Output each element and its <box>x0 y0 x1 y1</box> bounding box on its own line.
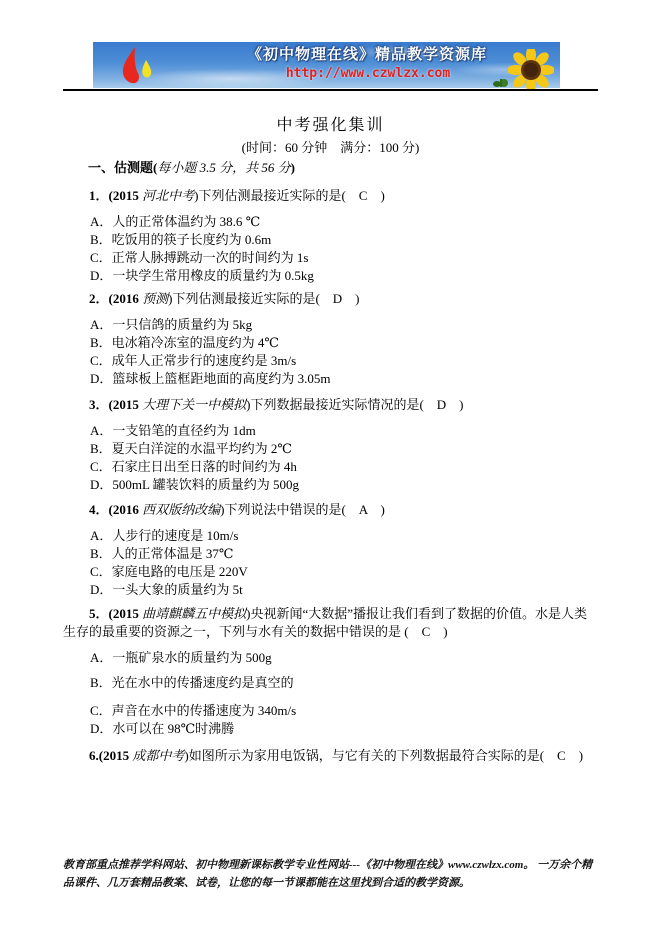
option-c: C．石家庄日出至日落的时间约为 4h <box>90 458 598 476</box>
question-number: 3． <box>89 397 109 412</box>
question-text: )如图所示为家用电饭锅，与它有关的下列数据最符合实际的是( C ) <box>184 748 583 763</box>
option-d: D．一块学生常用橡皮的质量约为 0.5kg <box>90 267 598 285</box>
document-content: 中考强化集训 (时间：60 分钟 满分：100 分) 一、估测题(每小题 3.5… <box>63 91 598 765</box>
question-source: 成都中考 <box>132 748 184 763</box>
question-stem-line: 1．(2015 河北中考)下列估测最接近实际的是( C ) <box>63 187 598 205</box>
question-source: 河北中考 <box>142 188 194 203</box>
option-b: B．光在水中的传播速度约是真空的 <box>90 674 598 692</box>
exam-time-score-info: (时间：60 分钟 满分：100 分) <box>63 139 598 157</box>
question-text: )下列说法中错误的是( A ) <box>220 502 385 517</box>
option-c: C．成年人正常步行的速度约是 3m/s <box>90 352 598 370</box>
option-a: A．一瓶矿泉水的质量约为 500g <box>90 649 598 667</box>
question-4: 4．(2016 西双版纳改编)下列说法中错误的是( A ) A．人步行的速度是 … <box>63 501 598 599</box>
option-c: C．家庭电路的电压是 220V <box>90 563 598 581</box>
question-source: 西双版纳改编 <box>142 502 220 517</box>
option-a: A．人步行的速度是 10m/s <box>90 527 598 545</box>
option-b: B．电冰箱冷冻室的温度约为 4℃ <box>90 334 598 352</box>
option-a: A．人的正常体温约为 38.6 ℃ <box>90 213 598 231</box>
question-stem-line: 3．(2015 大理下关一中模拟)下列数据最接近实际情况的是( D ) <box>63 396 598 414</box>
question-number: 6. <box>89 748 99 763</box>
option-a: A．一只信鸽的质量约为 5kg <box>90 316 598 334</box>
option-d: D．一头大象的质量约为 5t <box>90 581 598 599</box>
question-year: (2016 <box>109 502 143 517</box>
question-text: )下列数据最接近实际情况的是( D ) <box>246 397 463 412</box>
section-heading: 一、估测题(每小题 3.5 分，共 56 分) <box>63 159 598 177</box>
option-c: C．正常人脉搏跳动一次的时间约为 1s <box>90 249 598 267</box>
banner-site-title: 《初中物理在线》精品教学资源库 <box>189 46 545 64</box>
option-d: D．水可以在 98℃时沸腾 <box>90 720 598 738</box>
site-banner: 《初中物理在线》精品教学资源库 http://www.czwlzx.com <box>93 42 560 88</box>
question-2: 2．(2016 预测)下列估测最接近实际的是( D ) A．一只信鸽的质量约为 … <box>63 290 598 388</box>
question-stem-line: 5．(2015 曲靖麒麟五中模拟)央视新闻“大数据”播报让我们看到了数据的价值。… <box>63 605 598 641</box>
question-number: 4． <box>89 502 109 517</box>
section-close: ) <box>291 160 295 175</box>
question-text: )下列估测最接近实际的是( C ) <box>194 188 385 203</box>
question-source: 大理下关一中模拟 <box>142 397 246 412</box>
question-number: 5． <box>89 606 109 621</box>
question-6: 6.(2015 成都中考)如图所示为家用电饭锅，与它有关的下列数据最符合实际的是… <box>63 747 598 765</box>
question-stem-line: 4．(2016 西双版纳改编)下列说法中错误的是( A ) <box>63 501 598 519</box>
question-1: 1．(2015 河北中考)下列估测最接近实际的是( C ) A．人的正常体温约为… <box>63 187 598 285</box>
question-number: 2． <box>89 291 109 306</box>
site-logo-icon <box>119 46 161 86</box>
question-year: (2015 <box>99 748 133 763</box>
question-text: )下列估测最接近实际的是( D ) <box>168 291 359 306</box>
option-d: D．篮球板上篮框距地面的高度约为 3.05m <box>90 370 598 388</box>
banner-site-url-link[interactable]: http://www.czwlzx.com <box>213 66 523 82</box>
question-stem-line: 2．(2016 预测)下列估测最接近实际的是( D ) <box>63 290 598 308</box>
question-3: 3．(2015 大理下关一中模拟)下列数据最接近实际情况的是( D ) A．一支… <box>63 396 598 494</box>
option-b: B．夏天白洋淀的水温平均约为 2℃ <box>90 440 598 458</box>
question-year: (2015 <box>109 397 143 412</box>
footer-note: 教育部重点推荐学科网站、初中物理新课标教学专业性网站---《初中物理在线》www… <box>63 856 600 892</box>
question-source: 预测 <box>142 291 168 306</box>
sunflower-icon <box>508 49 554 91</box>
question-number: 1． <box>89 188 109 203</box>
question-year: (2015 <box>109 606 143 621</box>
document-page: 《初中物理在线》精品教学资源库 http://www.czwlzx.com <box>0 0 661 936</box>
question-5: 5．(2015 曲靖麒麟五中模拟)央视新闻“大数据”播报让我们看到了数据的价值。… <box>63 605 598 738</box>
option-d: D．500mL 罐装饮料的质量约为 500g <box>90 476 598 494</box>
question-year: (2015 <box>109 188 143 203</box>
question-year: (2016 <box>109 291 143 306</box>
option-c: C．声音在水中的传播速度为 340m/s <box>90 702 598 720</box>
option-a: A．一支铅笔的直径约为 1dm <box>90 422 598 440</box>
flame-icon <box>119 46 161 86</box>
page-title: 中考强化集训 <box>63 116 598 136</box>
option-b: B．人的正常体温是 37℃ <box>90 545 598 563</box>
section-note: 每小题 3.5 分，共 56 分 <box>157 160 290 175</box>
option-b: B．吃饭用的筷子长度约为 0.6m <box>90 231 598 249</box>
section-label: 一、估测题( <box>88 160 157 175</box>
question-stem-line: 6.(2015 成都中考)如图所示为家用电饭锅，与它有关的下列数据最符合实际的是… <box>63 747 598 765</box>
question-source: 曲靖麒麟五中模拟 <box>142 606 246 621</box>
